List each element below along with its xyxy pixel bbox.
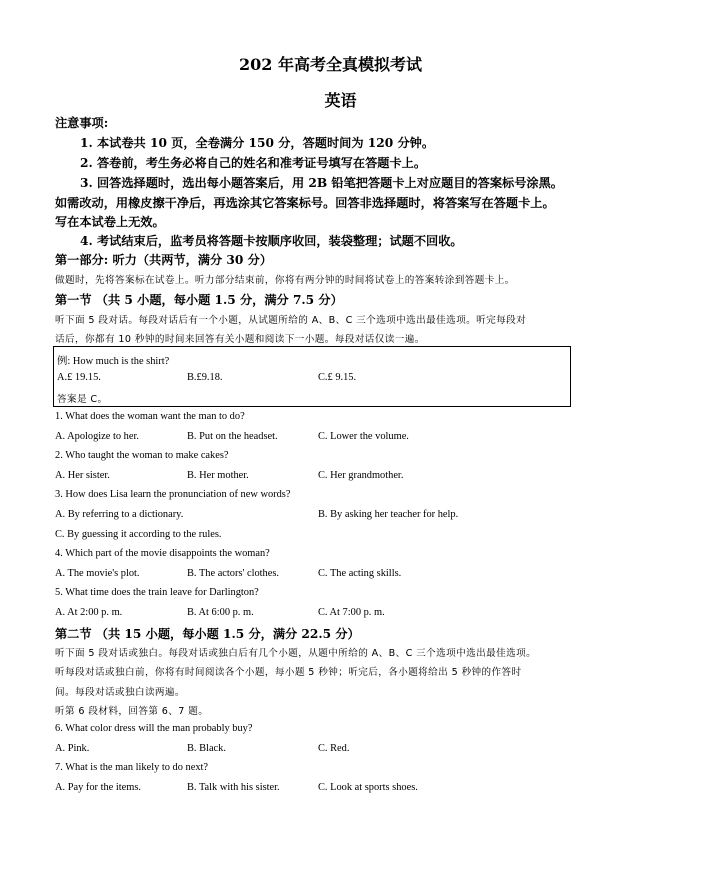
question-5: 5. What time does the train leave for Da…: [55, 587, 259, 598]
section2-instruction: 听下面 5 段对话或独白。每段对话或独白后有几个小题，从题中所给的 A、B、C …: [55, 645, 536, 659]
q2-option-a: A. Her sister.: [55, 470, 110, 481]
q5-option-a: A. At 2:00 p. m.: [55, 607, 122, 618]
q2-option-c: C. Her grandmother.: [318, 470, 403, 481]
exam-page: 202 年高考全真模拟考试 英语 注意事项: 1. 本试卷共 10 页，全卷满分…: [0, 0, 701, 877]
exam-subject: 英语: [0, 88, 691, 111]
material-note: 听第 6 段材料，回答第 6、7 题。: [55, 703, 208, 717]
section2-heading: 第二节 （共 15 小题，每小题 1.5 分，满分 22.5 分）: [55, 625, 360, 642]
q5-option-b: B. At 6:00 p. m.: [187, 607, 254, 618]
example-option-a: A.£ 19.15.: [57, 372, 101, 383]
q2-option-b: B. Her mother.: [187, 470, 249, 481]
question-6: 6. What color dress will the man probabl…: [55, 723, 252, 734]
q7-option-a: A. Pay for the items.: [55, 782, 141, 793]
notice-item: 1. 本试卷共 10 页，全卷满分 150 分，答题时间为 120 分钟。: [80, 134, 434, 151]
notice-item: 如需改动，用橡皮擦干净后，再选涂其它答案标号。回答非选择题时，将答案写在答题卡上…: [55, 194, 555, 211]
question-2: 2. Who taught the woman to make cakes?: [55, 450, 229, 461]
q6-option-a: A. Pink.: [55, 743, 89, 754]
q4-option-c: C. The acting skills.: [318, 568, 401, 579]
notice-item: 2. 答卷前，考生务必将自己的姓名和准考证号填写在答题卡上。: [80, 154, 426, 171]
q1-option-a: A. Apologize to her.: [55, 431, 139, 442]
notice-heading: 注意事项:: [55, 114, 108, 131]
q5-option-c: C. At 7:00 p. m.: [318, 607, 385, 618]
q3-option-c: C. By guessing it according to the rules…: [55, 529, 222, 540]
q7-option-c: C. Look at sports shoes.: [318, 782, 418, 793]
notice-item: 3. 回答选择题时，选出每小题答案后，用 2B 铅笔把答题卡上对应题目的答案标号…: [80, 174, 563, 191]
q3-option-a: A. By referring to a dictionary.: [55, 509, 183, 520]
question-7: 7. What is the man likely to do next?: [55, 762, 208, 773]
q4-option-b: B. The actors' clothes.: [187, 568, 279, 579]
q6-option-b: B. Black.: [187, 743, 226, 754]
q4-option-a: A. The movie's plot.: [55, 568, 140, 579]
example-option-b: B.£9.18.: [187, 372, 223, 383]
q1-option-c: C. Lower the volume.: [318, 431, 409, 442]
question-4: 4. Which part of the movie disappoints t…: [55, 548, 270, 559]
q7-option-b: B. Talk with his sister.: [187, 782, 280, 793]
section2-instruction: 听每段对话或独白前，你将有时间阅读各个小题，每小题 5 秒钟；听完后，各小题将给…: [55, 664, 522, 678]
example-option-c: C.£ 9.15.: [318, 372, 356, 383]
notice-item: 写在本试卷上无效。: [55, 213, 165, 230]
part1-instruction: 做题时，先将答案标在试卷上。听力部分结束前，你将有两分钟的时间将试卷上的答案转涂…: [55, 272, 515, 286]
section1-instruction: 话后，你都有 10 秒钟的时间来回答有关小题和阅读下一小题。每段对话仅读一遍。: [55, 331, 425, 345]
question-3: 3. How does Lisa learn the pronunciation…: [55, 489, 290, 500]
question-1: 1. What does the woman want the man to d…: [55, 411, 245, 422]
q1-option-b: B. Put on the headset.: [187, 431, 278, 442]
exam-title: 202 年高考全真模拟考试: [0, 52, 681, 75]
part1-heading: 第一部分: 听力（共两节，满分 30 分）: [55, 251, 272, 268]
notice-item: 4. 考试结束后，监考员将答题卡按顺序收回，装袋整理；试题不回收。: [80, 232, 463, 249]
section1-heading: 第一节 （共 5 小题，每小题 1.5 分，满分 7.5 分）: [55, 291, 343, 308]
q6-option-c: C. Red.: [318, 743, 349, 754]
example-answer: 答案是 C。: [57, 391, 108, 405]
example-question: 例: How much is the shirt?: [57, 352, 169, 367]
q3-option-b: B. By asking her teacher for help.: [318, 509, 458, 520]
section1-instruction: 听下面 5 段对话。每段对话后有一个小题，从试题所给的 A、B、C 三个选项中选…: [55, 312, 526, 326]
section2-instruction: 间。每段对话或独白读两遍。: [55, 684, 185, 698]
